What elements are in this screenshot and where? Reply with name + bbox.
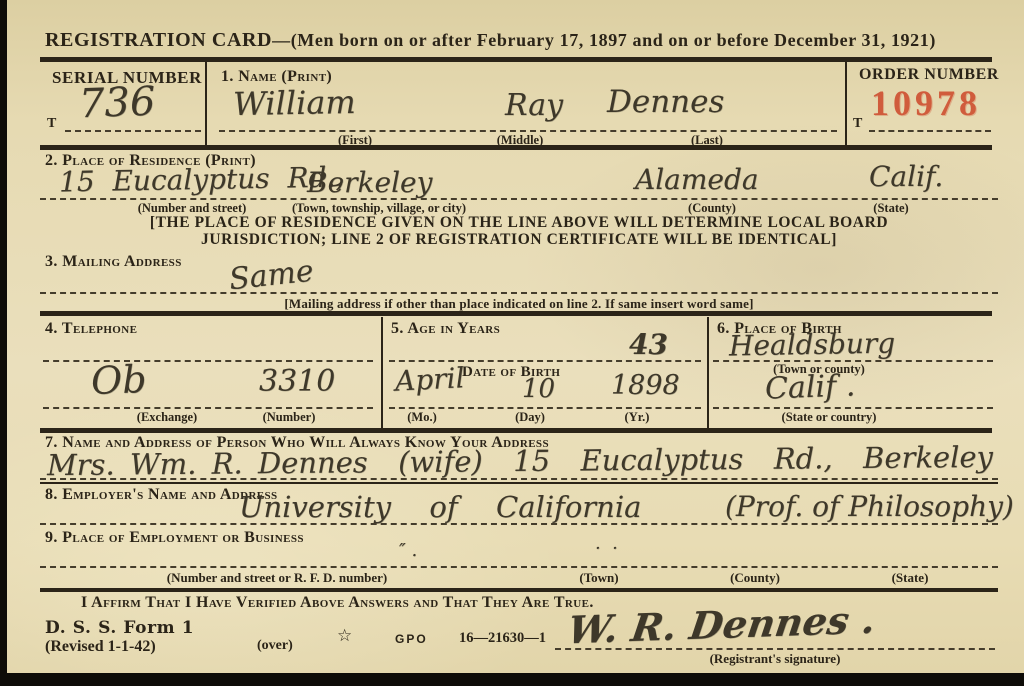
birthplace-state-caption: (State or country) xyxy=(782,410,877,425)
name-line xyxy=(219,130,837,132)
dob-day-caption: (Day) xyxy=(515,410,545,425)
card-subtitle: —(Men born on or after February 17, 1897… xyxy=(272,30,936,50)
telephone-number-value: 3310 xyxy=(259,364,335,399)
signature-caption: (Registrant's signature) xyxy=(710,651,841,667)
mailing-label: 3. Mailing Address xyxy=(45,253,182,271)
telephone-number-caption: (Number) xyxy=(263,410,316,425)
registration-card: REGISTRATION CARD—(Men born on or after … xyxy=(7,0,1024,673)
serial-number-value: 736 xyxy=(78,79,156,128)
employment-county-caption: (County) xyxy=(730,570,780,586)
mailing-caption: [Mailing address if other than place ind… xyxy=(284,296,753,312)
registrant-signature-value: W. R. Dennes . xyxy=(565,597,879,653)
employer-value: University of California xyxy=(239,490,641,524)
employment-ditto-2: · · xyxy=(595,538,618,559)
contact-line xyxy=(40,478,998,480)
telephone-exchange-value: Ob xyxy=(90,357,147,403)
scanned-card-background: REGISTRATION CARD—(Men born on or after … xyxy=(0,0,1024,686)
card-header: REGISTRATION CARD—(Men born on or after … xyxy=(45,29,936,52)
row3-divider xyxy=(40,311,992,316)
row1-separator-2 xyxy=(845,62,847,146)
order-prefix: T xyxy=(853,116,863,132)
residence-state-value: Calif. xyxy=(869,160,943,193)
employment-ditto-1: ″ . xyxy=(399,540,417,561)
birthplace-state-line xyxy=(713,407,993,409)
header-divider xyxy=(40,57,992,62)
employer-title-value: (Prof. of Philosophy) xyxy=(725,490,1014,523)
signature-line xyxy=(555,648,995,650)
star-icon: ☆ xyxy=(337,626,352,646)
card-title: REGISTRATION CARD xyxy=(45,29,272,51)
employment-line xyxy=(40,566,998,568)
affirmation-text: I Affirm That I Have Verified Above Answ… xyxy=(81,594,594,612)
employer-line xyxy=(40,523,998,525)
residence-county-value: Alameda xyxy=(635,163,759,196)
gpo-mark: GPO xyxy=(395,632,428,646)
employment-label: 9. Place of Employment or Business xyxy=(45,529,304,547)
row4-divider xyxy=(40,428,992,433)
form-number: D. S. S. Form 1 xyxy=(45,618,194,638)
name-last-value: Dennes xyxy=(607,84,724,120)
over-note: (over) xyxy=(257,638,293,654)
order-line xyxy=(869,130,991,132)
employment-street-caption: (Number and street or R. F. D. number) xyxy=(167,570,388,586)
dob-line xyxy=(389,407,701,409)
order-number-stamp: 10978 xyxy=(871,82,981,124)
residence-line xyxy=(40,198,998,200)
row4-separator-2 xyxy=(707,317,709,428)
serial-line xyxy=(65,130,201,132)
print-code: 16—21630—1 xyxy=(459,630,546,647)
telephone-label: 4. Telephone xyxy=(45,320,137,338)
row1-divider xyxy=(40,145,992,150)
dob-month-value: April xyxy=(394,361,465,398)
dob-year-caption: (Yr.) xyxy=(625,410,650,425)
residence-street-value: 15 Eucalyptus Rd., xyxy=(59,161,345,199)
telephone-exchange-caption: (Exchange) xyxy=(137,410,197,425)
telephone-line xyxy=(43,407,373,409)
serial-prefix: T xyxy=(47,116,57,132)
birthplace-state-value: Calif . xyxy=(764,368,855,406)
name-first-value: William xyxy=(233,83,356,123)
form-revision: (Revised 1-1-42) xyxy=(45,638,156,656)
mailing-line xyxy=(40,292,998,294)
affirmation-divider xyxy=(40,588,998,592)
mailing-value: Same xyxy=(227,254,315,298)
contact-value: Mrs. Wm. R. Dennes (wife) 15 Eucalyptus … xyxy=(47,440,993,482)
dob-month-caption: (Mo.) xyxy=(407,410,437,425)
residence-city-value: Berkeley xyxy=(307,166,432,199)
age-value: 43 xyxy=(629,328,668,361)
employment-state-caption: (State) xyxy=(892,570,929,586)
row1-separator-1 xyxy=(205,62,207,146)
dob-day-value: 10 xyxy=(522,374,555,404)
age-label: 5. Age in Years xyxy=(391,320,500,338)
row4-separator-1 xyxy=(381,317,383,428)
residence-notice-line1: [THE PLACE OF RESIDENCE GIVEN ON THE LIN… xyxy=(150,214,888,232)
name-middle-value: Ray xyxy=(505,88,563,123)
birthplace-town-value: Healdsburg xyxy=(729,327,896,363)
row7-divider xyxy=(40,482,998,484)
employment-town-caption: (Town) xyxy=(579,570,618,586)
residence-notice-line2: JURISDICTION; LINE 2 OF REGISTRATION CER… xyxy=(201,231,837,249)
dob-year-value: 1898 xyxy=(611,370,680,401)
